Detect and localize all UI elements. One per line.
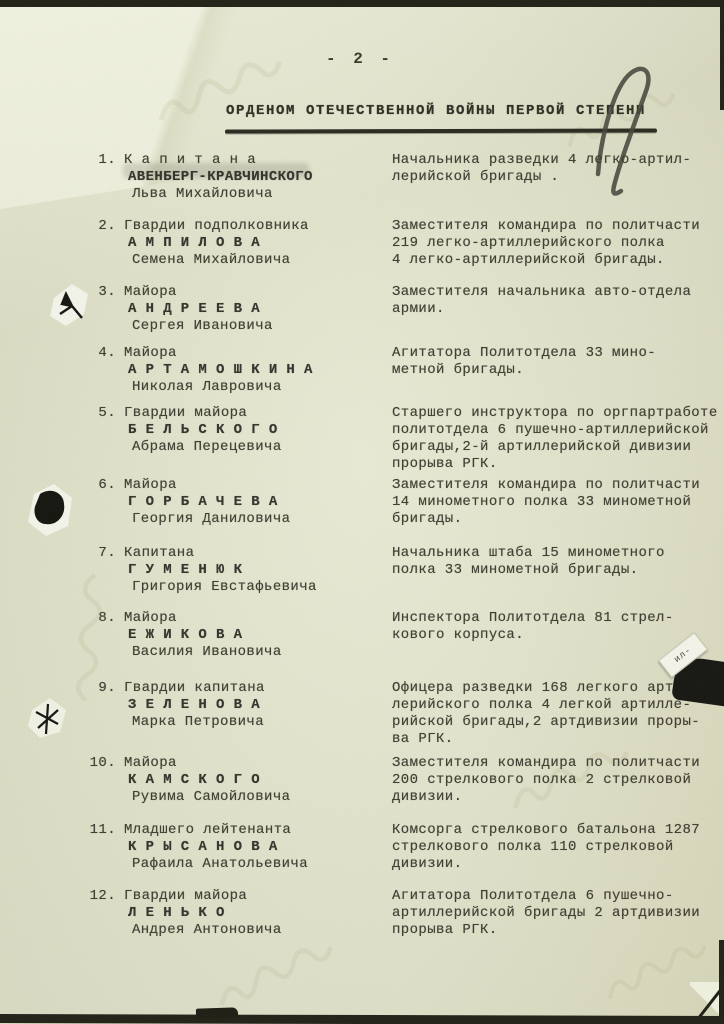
entry-name: Рафаила Анатольевича: [132, 856, 384, 873]
entry-row: 9. Гвардии капитанаЗ Е Л Е Н О В АМарка …: [88, 680, 720, 748]
entry-name: Льва Михайловича: [132, 186, 384, 203]
entry-rank: К а п и т а н а: [124, 152, 384, 169]
entry-row: 11. Младшего лейтенантаК Р Ы С А Н О В А…: [88, 822, 720, 873]
entry-number: 7.: [88, 545, 116, 562]
torn-hole: [24, 482, 76, 540]
entry-name: Сергея Ивановича: [132, 318, 384, 335]
entry-position: Комсорга стрелкового батальона 1287 стре…: [392, 822, 720, 873]
watermark: [210, 945, 360, 1005]
entry-position: Старшего инструктора по оргпартработе по…: [392, 405, 720, 473]
entry-position: Заместителя командира по политчасти 219 …: [392, 218, 720, 269]
entry-rank: Майора: [124, 477, 384, 494]
entry-surname: Л Е Н Ь К О: [128, 905, 384, 922]
entry-number: 10.: [88, 755, 116, 772]
entry-rank: Гвардии майора: [124, 405, 384, 422]
entry-surname: К Р Ы С А Н О В А: [128, 839, 384, 856]
entry-name: Георгия Даниловича: [132, 511, 384, 528]
entry-rank: Майора: [124, 345, 384, 362]
entry-position: Агитатора Политотдела 6 пушечно- артилле…: [392, 888, 720, 939]
entry-rank: Гвардии капитана: [124, 680, 384, 697]
entry-name: Марка Петровича: [132, 714, 384, 731]
entry-row: 3. МайораА Н Д Р Е Е В АСергея Ивановича…: [88, 284, 720, 335]
scan-edge-top: [0, 0, 724, 7]
entry-name: Василия Ивановича: [132, 644, 384, 661]
scan-edge-right: [719, 940, 724, 1024]
entry-row: 1. К а п и т а н аАВЕНБЕРГ-КРАВЧИНСКОГОЛ…: [88, 152, 720, 203]
entry-number: 11.: [88, 822, 116, 839]
entry-rank: Майора: [124, 755, 384, 772]
entry-position: Заместителя командира по политчасти 200 …: [392, 755, 720, 806]
entry-position: Офицера разведки 168 легкого артил- лери…: [392, 680, 720, 748]
entry-rank: Гвардии майора: [124, 888, 384, 905]
entry-surname: А М П И Л О В А: [128, 235, 384, 252]
entry-number: 12.: [88, 888, 116, 905]
scan-edge-bottom: [0, 1014, 724, 1024]
entry-number: 3.: [88, 284, 116, 301]
entry-row: 10. МайораК А М С К О Г ОРувима Самойлов…: [88, 755, 720, 806]
entry-surname: А Н Д Р Е Е В А: [128, 301, 384, 318]
entry-number: 9.: [88, 680, 116, 697]
entry-rank: Майора: [124, 284, 384, 301]
entry-number: 8.: [88, 610, 116, 627]
entry-position: Заместителя командира по политчасти 14 м…: [392, 477, 720, 528]
entry-row: 6. МайораГ О Р Б А Ч Е В АГеоргия Данило…: [88, 477, 720, 528]
entry-name: Рувима Самойловича: [132, 789, 384, 806]
entry-number: 6.: [88, 477, 116, 494]
entry-position: Заместителя начальника авто-отдела армии…: [392, 284, 720, 318]
entry-surname: А Р Т А М О Ш К И Н А: [128, 362, 384, 379]
entry-number: 4.: [88, 345, 116, 362]
entry-rank: Младшего лейтенанта: [124, 822, 384, 839]
scan-edge-right: [720, 0, 724, 110]
document-scan-page: - 2 - ОРДЕНОМ ОТЕЧЕСТВЕННОЙ ВОЙНЫ ПЕРВОЙ…: [0, 0, 724, 1024]
entry-surname: АВЕНБЕРГ-КРАВЧИНСКОГО: [128, 169, 384, 186]
entry-surname: Б Е Л Ь С К О Г О: [128, 422, 384, 439]
entry-name: Семена Михайловича: [132, 252, 384, 269]
entry-number: 5.: [88, 405, 116, 422]
page-number: - 2 -: [300, 50, 420, 68]
title-underline: [225, 128, 657, 133]
entry-name: Андрея Антоновича: [132, 922, 384, 939]
entry-row: 4. МайораА Р Т А М О Ш К И Н АНиколая Ла…: [88, 345, 720, 396]
scan-edge-notch: [196, 1007, 238, 1018]
entry-surname: Г У М Е Н Ю К: [128, 562, 384, 579]
entry-rank: Гвардии подполковника: [124, 218, 384, 235]
entry-position: Начальника штаба 15 минометного полка 33…: [392, 545, 720, 579]
entry-number: 1.: [88, 152, 116, 169]
entry-name: Григория Евстафьевича: [132, 579, 384, 596]
entry-row: 5. Гвардии майораБ Е Л Ь С К О Г ОАбрама…: [88, 405, 720, 473]
entry-number: 2.: [88, 218, 116, 235]
watermark: [600, 940, 724, 1000]
entry-rank: Капитана: [124, 545, 384, 562]
entry-position: Агитатора Политотдела 33 мино- метной бр…: [392, 345, 720, 379]
entry-surname: К А М С К О Г О: [128, 772, 384, 789]
entry-surname: З Е Л Е Н О В А: [128, 697, 384, 714]
torn-hole: [24, 694, 70, 744]
entry-surname: Е Ж И К О В А: [128, 627, 384, 644]
entry-name: Абрама Перецевича: [132, 439, 384, 456]
entry-row: 12. Гвардии майораЛ Е Н Ь К ОАндрея Анто…: [88, 888, 720, 939]
entry-row: 8. МайораЕ Ж И К О В АВасилия Ивановича …: [88, 610, 720, 661]
entry-rank: Майора: [124, 610, 384, 627]
page-title: ОРДЕНОМ ОТЕЧЕСТВЕННОЙ ВОЙНЫ ПЕРВОЙ СТЕПЕ…: [226, 103, 646, 119]
entry-position: Инспектора Политотдела 81 стрел- кового …: [392, 610, 720, 644]
entry-row: 2. Гвардии подполковникаА М П И Л О В АС…: [88, 218, 720, 269]
entry-row: 7. КапитанаГ У М Е Н Ю КГригория Евстафь…: [88, 545, 720, 596]
entry-surname: Г О Р Б А Ч Е В А: [128, 494, 384, 511]
entry-position: Начальника разведки 4 легко-артил- лерий…: [392, 152, 720, 186]
entry-name: Николая Лавровича: [132, 379, 384, 396]
torn-hole: [46, 280, 92, 330]
